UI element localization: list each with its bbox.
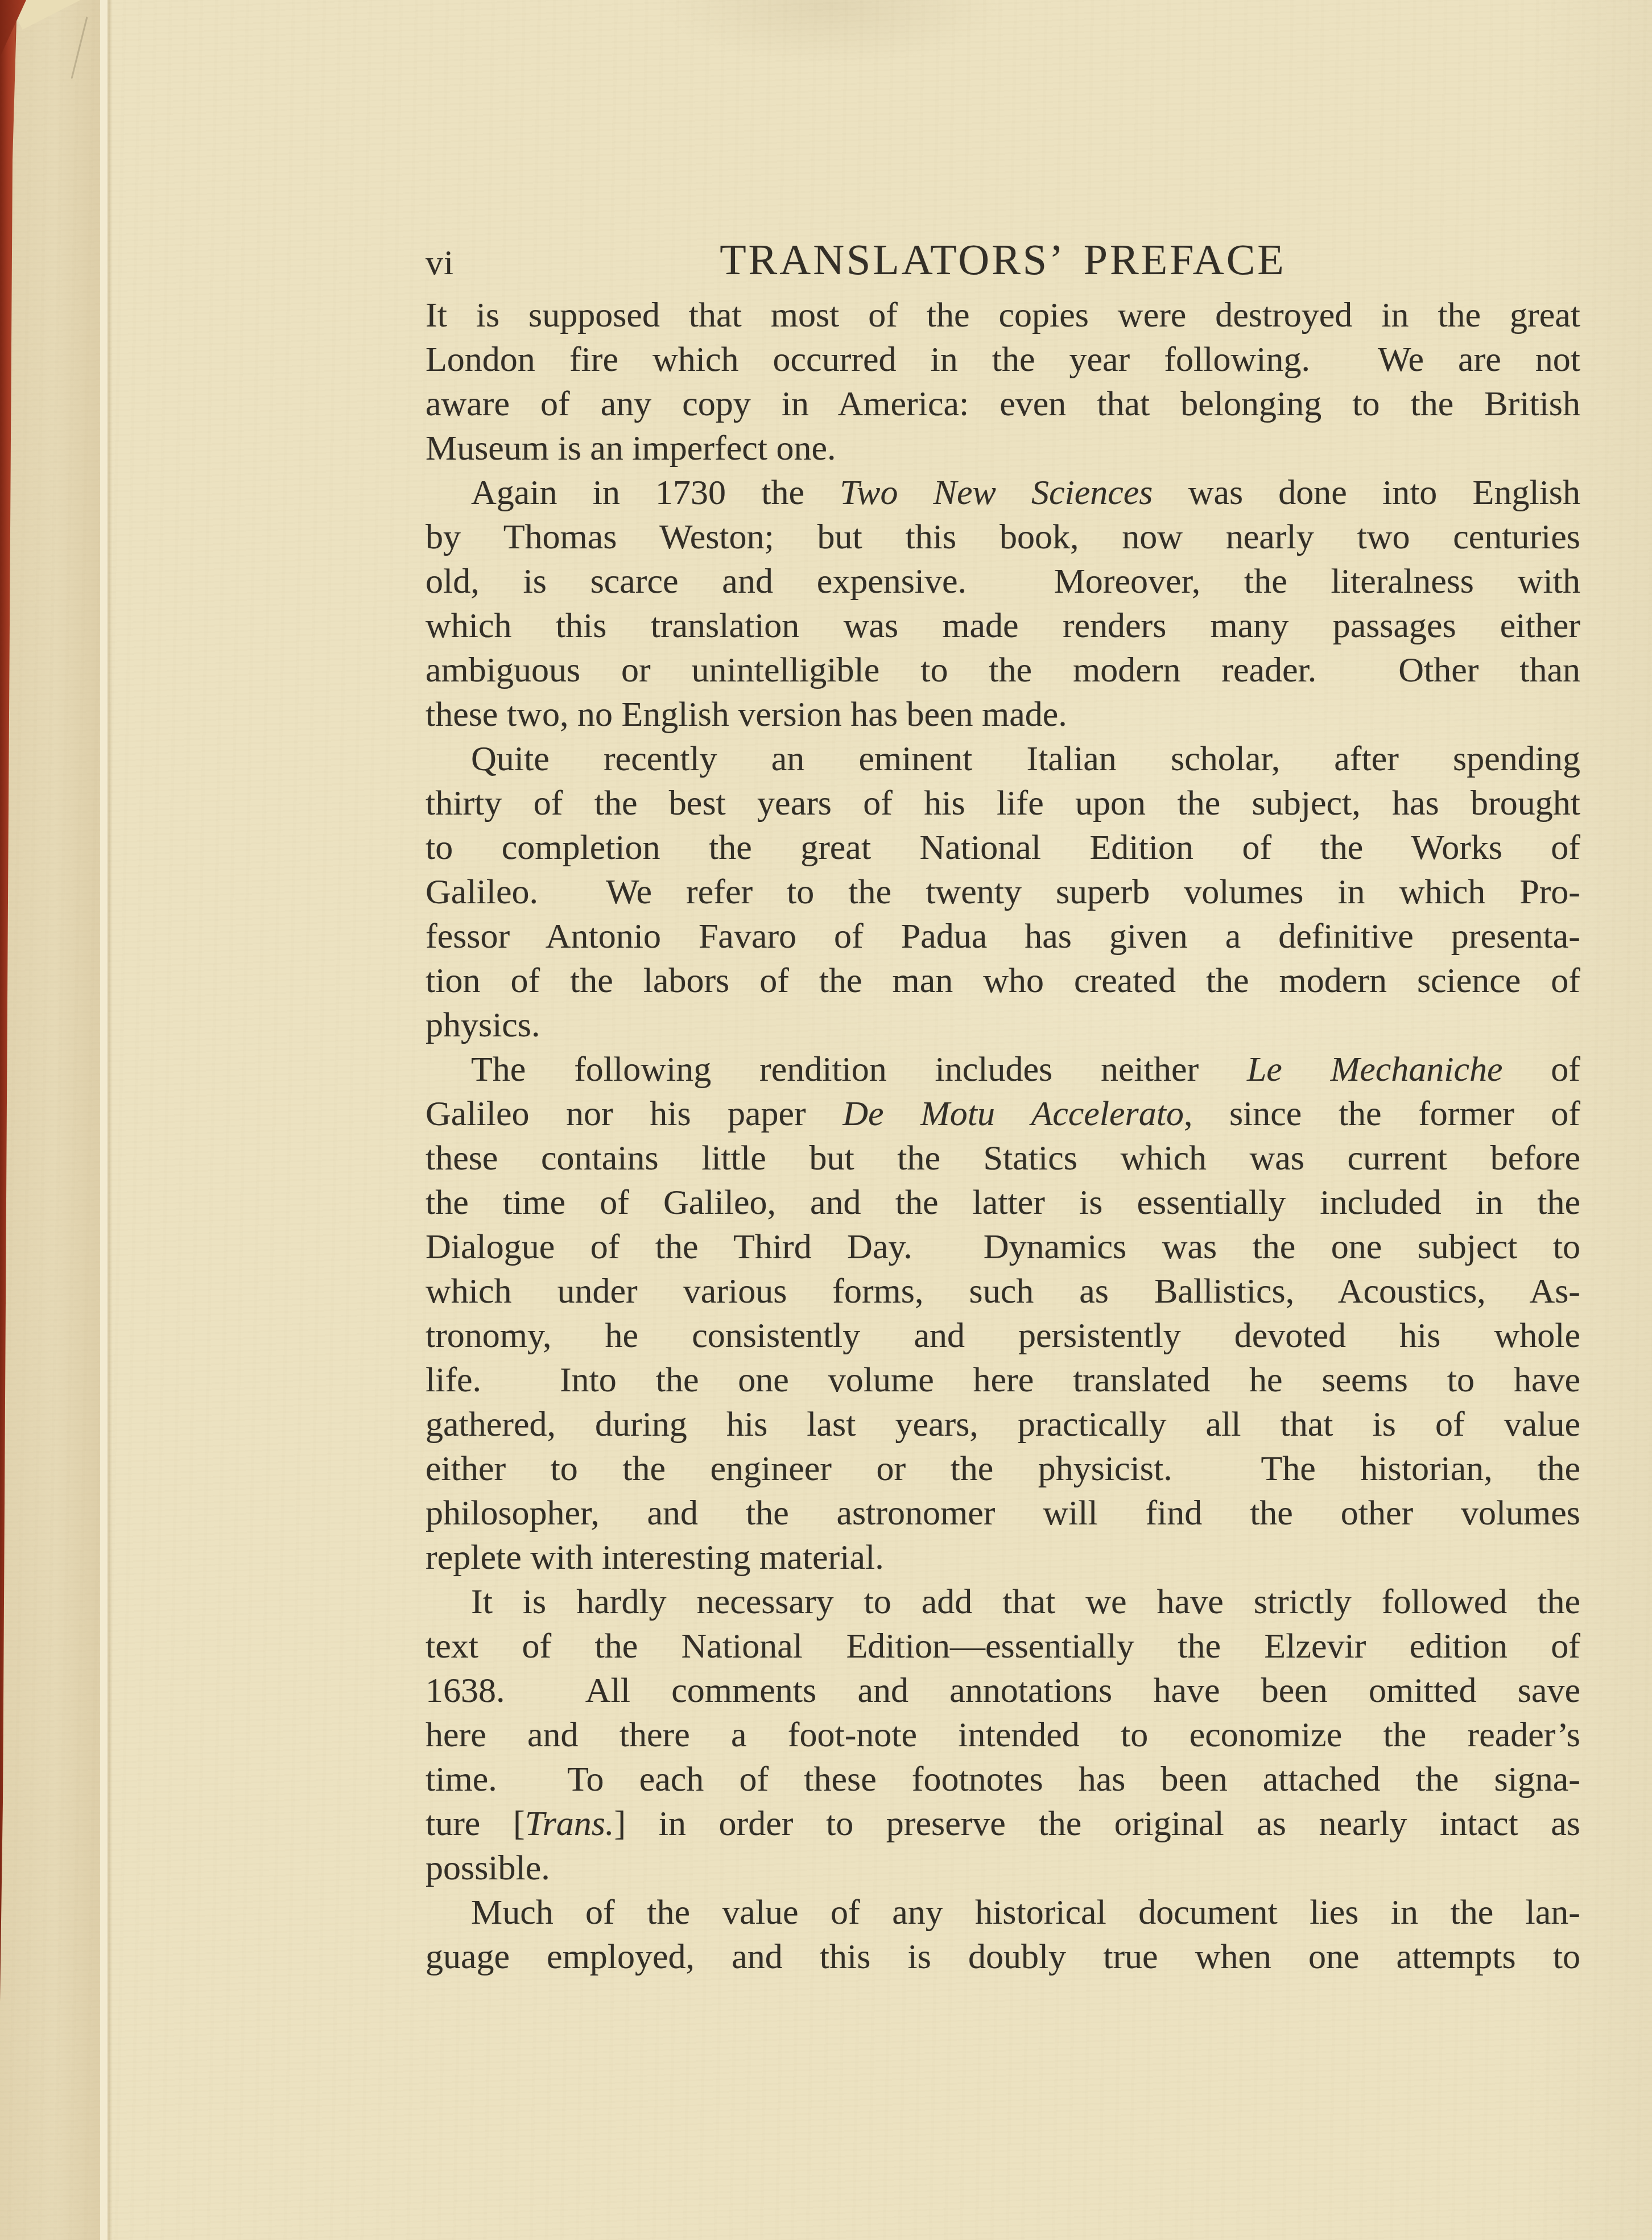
- text-segment: Quite recently an eminent Italian schola…: [471, 739, 1580, 778]
- paragraph: Much of the value of any historical docu…: [426, 1890, 1580, 1979]
- text-segment: which under various forms, such as Balli…: [426, 1272, 1580, 1311]
- text-line: physics.: [426, 1003, 1580, 1047]
- text-line: Galileo nor his paper De Motu Accelerato…: [426, 1092, 1580, 1136]
- text-segment: tronomy, he consistently and persistentl…: [426, 1316, 1580, 1355]
- text-segment: It is supposed that most of the copies w…: [426, 296, 1580, 334]
- text-segment: , since the former of: [1184, 1094, 1580, 1133]
- text-line: ambiguous or unintelligible to the moder…: [426, 648, 1580, 692]
- text-segment: text of the National Edition—essentially…: [426, 1627, 1580, 1665]
- text-segment: The following rendition includes neither: [471, 1050, 1247, 1089]
- running-title: TRANSLATORS’ PREFACE: [426, 238, 1580, 282]
- text-segment: these two, no English version has been m…: [426, 695, 1067, 734]
- text-line: thirty of the best years of his life upo…: [426, 781, 1580, 825]
- text-line: Museum is an imperfect one.: [426, 426, 1580, 470]
- text-line: It is hardly necessary to add that we ha…: [426, 1580, 1580, 1624]
- italic-text-segment: De Motu Accelerato: [842, 1094, 1184, 1133]
- text-segment: tion of the labors of the man who create…: [426, 961, 1580, 1000]
- paragraph: Again in 1730 the Two New Sciences was d…: [426, 470, 1580, 737]
- book-page-scan: vi TRANSLATORS’ PREFACE It is supposed t…: [0, 0, 1652, 2240]
- text-segment: of: [1503, 1050, 1580, 1089]
- text-line: Much of the value of any historical docu…: [426, 1890, 1580, 1935]
- text-line: the time of Galileo, and the latter is e…: [426, 1180, 1580, 1225]
- text-segment: was done into English: [1153, 473, 1580, 512]
- text-segment: fessor Antonio Favaro of Padua has given…: [426, 917, 1580, 956]
- text-segment: the time of Galileo, and the latter is e…: [426, 1183, 1580, 1222]
- text-segment: 1638. All comments and annotations have …: [426, 1671, 1580, 1710]
- text-line: possible.: [426, 1846, 1580, 1890]
- text-line: by Thomas Weston; but this book, now nea…: [426, 515, 1580, 559]
- text-segment: life. Into the one volume here translate…: [426, 1361, 1580, 1399]
- page-crease: [100, 0, 113, 2240]
- text-line: tion of the labors of the man who create…: [426, 958, 1580, 1003]
- text-segment: aware of any copy in America: even that …: [426, 385, 1580, 423]
- text-segment: here and there a foot-note intended to e…: [426, 1716, 1580, 1754]
- text-segment: physics.: [426, 1006, 540, 1044]
- text-line: Quite recently an eminent Italian schola…: [426, 737, 1580, 781]
- text-line: aware of any copy in America: even that …: [426, 382, 1580, 426]
- text-line: these two, no English version has been m…: [426, 692, 1580, 737]
- text-segment: to completion the great National Edition…: [426, 828, 1580, 867]
- italic-text-segment: Two New Sciences: [840, 473, 1153, 512]
- text-segment: Museum is an imperfect one.: [426, 429, 836, 468]
- text-line: which this translation was made renders …: [426, 604, 1580, 648]
- text-segment: Galileo nor his paper: [426, 1094, 842, 1133]
- text-line: either to the engineer or the physicist.…: [426, 1447, 1580, 1491]
- text-line: 1638. All comments and annotations have …: [426, 1668, 1580, 1713]
- text-segment: Again in 1730 the: [471, 473, 840, 512]
- text-segment: possible.: [426, 1849, 550, 1887]
- text-segment: ambiguous or unintelligible to the moder…: [426, 651, 1580, 689]
- text-line: London fire which occurred in the year f…: [426, 337, 1580, 382]
- paragraph: It is hardly necessary to add that we ha…: [426, 1580, 1580, 1890]
- text-segment: It is hardly necessary to add that we ha…: [471, 1582, 1580, 1621]
- italic-text-segment: Trans.: [525, 1804, 614, 1843]
- text-segment: these contains little but the Statics wh…: [426, 1139, 1580, 1177]
- text-segment: guage employed, and this is doubly true …: [426, 1937, 1580, 1976]
- text-line: guage employed, and this is doubly true …: [426, 1935, 1580, 1979]
- text-segment: philosopher, and the astronomer will fin…: [426, 1494, 1580, 1532]
- text-line: philosopher, and the astronomer will fin…: [426, 1491, 1580, 1535]
- text-line: old, is scarce and expensive. Moreover, …: [426, 559, 1580, 604]
- text-segment: London fire which occurred in the year f…: [426, 340, 1580, 379]
- text-line: to completion the great National Edition…: [426, 825, 1580, 870]
- text-segment: Galileo. We refer to the twenty superb v…: [426, 873, 1580, 911]
- text-line: It is supposed that most of the copies w…: [426, 293, 1580, 337]
- text-segment: ture [: [426, 1804, 525, 1843]
- text-line: which under various forms, such as Balli…: [426, 1269, 1580, 1313]
- text-segment: replete with interesting material.: [426, 1538, 884, 1577]
- paragraph: It is supposed that most of the copies w…: [426, 293, 1580, 470]
- text-segment: thirty of the best years of his life upo…: [426, 784, 1580, 823]
- text-segment: gathered, during his last years, practic…: [426, 1405, 1580, 1444]
- text-line: fessor Antonio Favaro of Padua has given…: [426, 914, 1580, 958]
- text-segment: which this translation was made renders …: [426, 606, 1580, 645]
- text-line: Again in 1730 the Two New Sciences was d…: [426, 470, 1580, 515]
- text-line: time. To each of these footnotes has bee…: [426, 1757, 1580, 1801]
- text-segment: old, is scarce and expensive. Moreover, …: [426, 562, 1580, 601]
- page-gutter: [0, 0, 100, 2240]
- text-line: life. Into the one volume here translate…: [426, 1358, 1580, 1402]
- paragraph: The following rendition includes neither…: [426, 1047, 1580, 1580]
- text-line: these contains little but the Statics wh…: [426, 1136, 1580, 1180]
- text-line: tronomy, he consistently and persistentl…: [426, 1313, 1580, 1358]
- text-segment: by Thomas Weston; but this book, now nea…: [426, 518, 1580, 556]
- text-line: replete with interesting material.: [426, 1535, 1580, 1580]
- paragraph: Quite recently an eminent Italian schola…: [426, 737, 1580, 1047]
- text-segment: Dialogue of the Third Day. Dynamics was …: [426, 1228, 1580, 1266]
- text-segment: time. To each of these footnotes has bee…: [426, 1760, 1580, 1799]
- body-text: It is supposed that most of the copies w…: [426, 293, 1580, 1979]
- text-segment: ] in order to preserve the original as n…: [614, 1804, 1580, 1843]
- text-line: Dialogue of the Third Day. Dynamics was …: [426, 1225, 1580, 1269]
- italic-text-segment: Le Mechaniche: [1247, 1050, 1503, 1089]
- text-line: text of the National Edition—essentially…: [426, 1624, 1580, 1668]
- text-segment: Much of the value of any historical docu…: [471, 1893, 1580, 1932]
- text-segment: either to the engineer or the physicist.…: [426, 1449, 1580, 1488]
- text-line: here and there a foot-note intended to e…: [426, 1713, 1580, 1757]
- text-line: gathered, during his last years, practic…: [426, 1402, 1580, 1447]
- text-line: Galileo. We refer to the twenty superb v…: [426, 870, 1580, 914]
- text-line: ture [Trans.] in order to preserve the o…: [426, 1801, 1580, 1846]
- text-line: The following rendition includes neither…: [426, 1047, 1580, 1092]
